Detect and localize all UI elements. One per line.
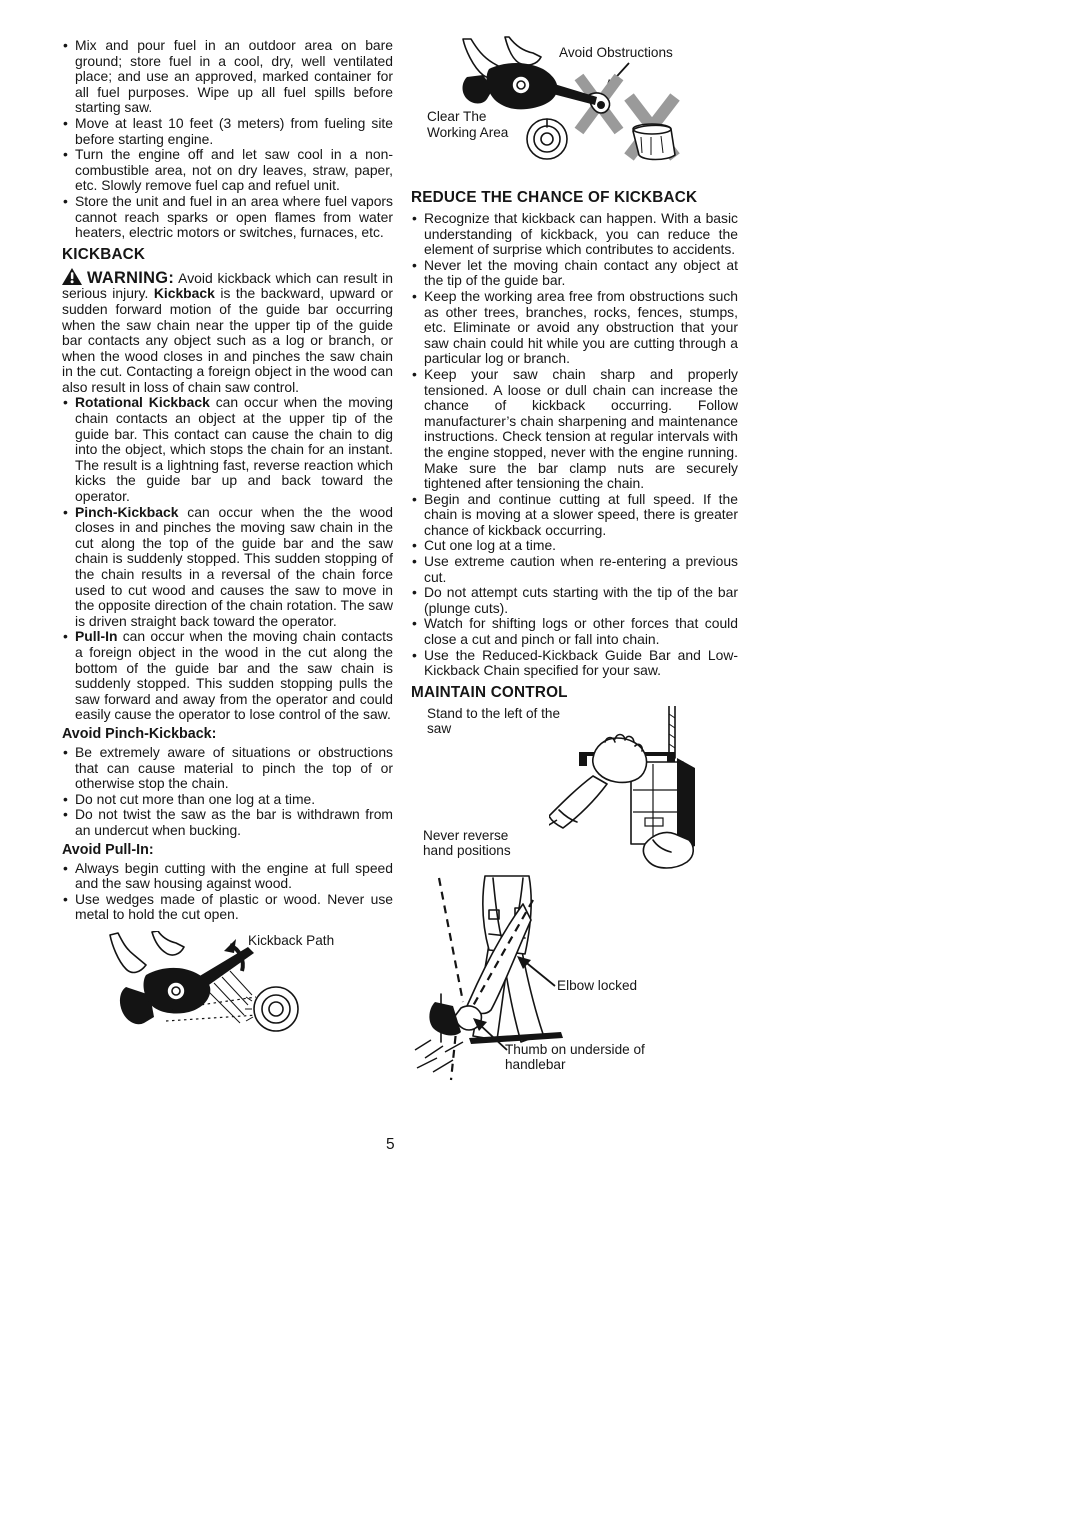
kickback-heading: KICKBACK [62,246,393,264]
avoid-pull-in-bullet-2: Use wedges made of plastic or wood. Neve… [75,891,393,923]
maintain-control-heading: MAINTAIN CONTROL [411,684,738,702]
list-item: Be extremely aware of situations or obst… [62,745,393,792]
list-item: Do not twist the saw as the bar is withd… [62,807,393,838]
fuel-bullet-4: Store the unit and fuel in an area where… [75,193,393,240]
warning-triangle-icon [62,268,82,285]
fuel-bullet-2: Move at least 10 feet (3 meters) from fu… [75,115,393,147]
fuel-bullet-3: Turn the engine off and let saw cool in … [75,146,393,193]
list-item: Cut one log at a time. [411,538,738,554]
list-item: Keep your saw chain sharp and properly t… [411,367,738,492]
list-item: Recognize that kickback can happen. With… [411,211,738,258]
list-item: Pinch-Kickback can occur when the the wo… [62,505,393,630]
avoid-pull-in-heading: Avoid Pull-In: [62,842,393,859]
fuel-safety-list: Mix and pour fuel in an outdoor area on … [62,38,393,241]
reduce-bullet-3: Keep the working area free from obstruct… [424,288,738,366]
hand-position-illustration [549,706,729,874]
manual-page: { "page": { "number": "5" }, "colors": {… [0,0,1080,1526]
list-item: Do not cut more than one log at a time. [62,792,393,808]
kickback-warning: WARNING: Avoid kickback which can result… [62,268,393,396]
avoid-pinch-bullet-2: Do not cut more than one log at a time. [75,791,315,807]
avoid-pinch-list: Be extremely aware of situations or obst… [62,745,393,839]
working-area-figure: Avoid Obstructions Clear The Working Are… [411,35,738,187]
list-item: Never let the moving chain contact any o… [411,258,738,289]
list-item: Move at least 10 feet (3 meters) from fu… [62,116,393,147]
list-item: Do not attempt cuts starting with the ti… [411,585,738,616]
stand-left-label: Stand to the left of the saw [427,706,565,737]
list-item: Pull-In can occur when the moving chain … [62,629,393,723]
pull-in-text: can occur when the moving chain contacts… [75,628,393,722]
kickback-path-figure: Kickback Path [62,929,393,1044]
avoid-pull-in-bullet-1: Always begin cutting with the engine at … [75,860,393,892]
reduce-bullet-10: Use the Reduced-Kickback Guide Bar and L… [424,647,738,679]
reduce-kickback-heading: REDUCE THE CHANCE OF KICKBACK [411,189,738,207]
list-item: Store the unit and fuel in an area where… [62,194,393,241]
fuel-bullet-1: Mix and pour fuel in an outdoor area on … [75,37,393,115]
list-item: Rotational Kickback can occur when the m… [62,395,393,504]
reduce-bullet-2: Never let the moving chain contact any o… [424,257,738,289]
kickback-path-illustration [80,931,310,1043]
left-column: Mix and pour fuel in an outdoor area on … [62,38,393,1044]
reduce-bullet-4: Keep your saw chain sharp and properly t… [424,366,738,491]
avoid-pull-in-list: Always begin cutting with the engine at … [62,861,393,923]
stance-figure: Elbow locked Thumb on underside of handl… [411,874,738,1086]
reduce-bullet-9: Watch for shifting logs or other forces … [424,615,738,647]
rotational-kickback-lead: Rotational Kickback [75,394,210,410]
list-item: Mix and pour fuel in an outdoor area on … [62,38,393,116]
reduce-bullet-1: Recognize that kickback can happen. With… [424,210,738,257]
pinch-kickback-lead: Pinch-Kickback [75,504,178,520]
reduce-bullet-5: Begin and continue cutting at full speed… [424,491,738,538]
avoid-pinch-kickback-heading: Avoid Pinch-Kickback: [62,726,393,743]
pinch-kickback-text: can occur when the the wood closes in an… [75,504,393,629]
reduce-bullet-7: Use extreme caution when re-entering a p… [424,553,738,585]
list-item: Begin and continue cutting at full speed… [411,492,738,539]
list-item: Keep the working area free from obstruct… [411,289,738,367]
page-number: 5 [386,1136,395,1154]
reduce-bullet-6: Cut one log at a time. [424,537,556,553]
list-item: Use wedges made of plastic or wood. Neve… [62,892,393,923]
warning-bold-word: Kickback [154,285,215,301]
list-item: Use extreme caution when re-entering a p… [411,554,738,585]
reduce-kickback-list: Recognize that kickback can happen. With… [411,211,738,679]
list-item: Turn the engine off and let saw cool in … [62,147,393,194]
pull-in-lead: Pull-In [75,628,117,644]
hand-position-figure: Stand to the left of the saw Never rever… [411,706,738,874]
rotational-kickback-text: can occur when the moving chain contacts… [75,394,393,504]
warning-label: WARNING: [87,269,174,287]
warning-rest: is the backward, upward or sudden forwar… [62,285,393,395]
kickback-types-list: Rotational Kickback can occur when the m… [62,395,393,722]
working-area-illustration [451,35,731,185]
list-item: Always begin cutting with the engine at … [62,861,393,892]
never-reverse-label: Never reverse hand positions [423,828,531,859]
list-item: Watch for shifting logs or other forces … [411,616,738,647]
list-item: Use the Reduced-Kickback Guide Bar and L… [411,648,738,679]
stance-illustration [411,874,611,1086]
reduce-bullet-8: Do not attempt cuts starting with the ti… [424,584,738,616]
avoid-pinch-bullet-3: Do not twist the saw as the bar is withd… [75,806,393,838]
right-column: Avoid Obstructions Clear The Working Are… [411,35,738,1086]
avoid-pinch-bullet-1: Be extremely aware of situations or obst… [75,744,393,791]
